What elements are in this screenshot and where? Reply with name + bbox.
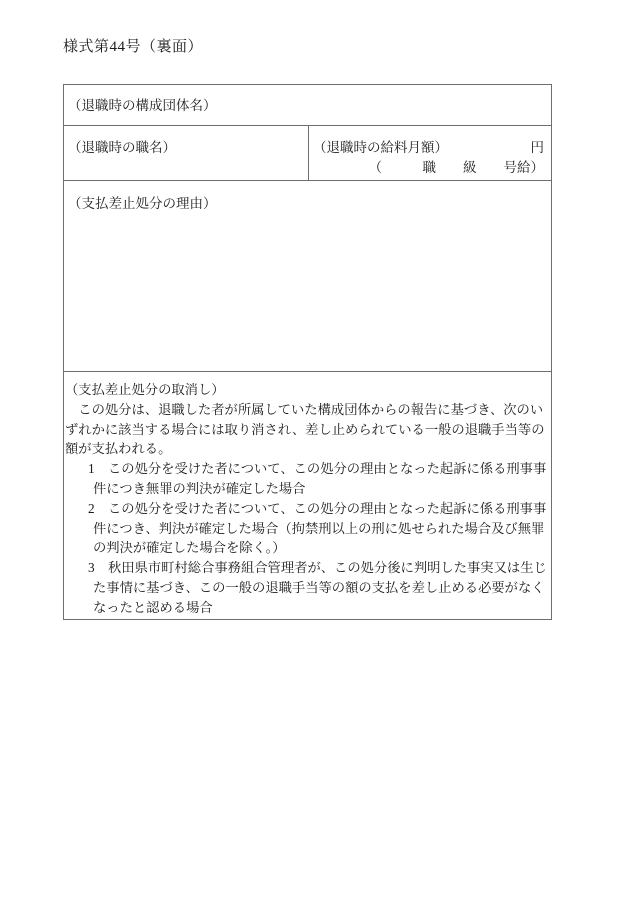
- cancellation-cell: （支払差止処分の取消し） この処分は、退職した者が所属していた構成団体からの報告…: [64, 372, 551, 619]
- cancellation-item-1: 1この処分を受けた者について、この処分の理由となった起訴に係る刑事事: [65, 459, 545, 479]
- reason-cell: （支払差止処分の理由）: [64, 181, 551, 372]
- item-line: た事情に基づき、この一般の退職手当等の額の支払を差し止める必要がなく: [65, 578, 545, 598]
- item-line: この処分を受けた者について、この処分の理由となった起訴に係る刑事事: [95, 501, 546, 516]
- item-line: 件につき、判決が確定した場合（拘禁刑以上の刑に処せられた場合及び無罪: [65, 519, 545, 539]
- item-number: 2: [88, 499, 95, 519]
- job-title-cell: （退職時の職名）: [64, 126, 309, 180]
- item-line: の判決が確定した場合を除く。）: [65, 538, 545, 558]
- job-salary-row: （退職時の職名） （退職時の給料月額） 円 （ 職 級 号給）: [64, 126, 551, 181]
- cancellation-label: （支払差止処分の取消し）: [65, 380, 545, 400]
- item-number: 3: [88, 558, 95, 578]
- org-name-label: （退職時の構成団体名）: [68, 98, 217, 113]
- form-table: （退職時の構成団体名） （退職時の職名） （退職時の給料月額） 円 （ 職 級 …: [63, 84, 552, 620]
- item-line: 秋田県市町村総合事務組合管理者が、この処分後に判明した事実又は生じ: [95, 560, 547, 575]
- cancellation-intro-line: ずれかに該当する場合には取り消され、差し止められている一般の退職手当等の: [65, 420, 545, 440]
- item-line: この処分を受けた者について、この処分の理由となった起訴に係る刑事事: [95, 461, 546, 476]
- cancellation-item-2: 2この処分を受けた者について、この処分の理由となった起訴に係る刑事事: [65, 499, 545, 519]
- reason-label: （支払差止処分の理由）: [68, 196, 217, 211]
- salary-cell: （退職時の給料月額） 円 （ 職 級 号給）: [309, 126, 551, 180]
- salary-grade-line: （ 職 級 号給）: [313, 158, 544, 178]
- item-line: なったと認める場合: [65, 598, 545, 618]
- form-number-title: 様式第44号（裏面）: [63, 38, 203, 56]
- org-name-cell: （退職時の構成団体名）: [64, 85, 551, 126]
- salary-label-line: （退職時の給料月額） 円: [313, 138, 544, 158]
- item-number: 1: [88, 459, 95, 479]
- document-page: 様式第44号（裏面） （退職時の構成団体名） （退職時の職名） （退職時の給料月…: [0, 0, 630, 903]
- cancellation-intro-line: 額が支払われる。: [65, 439, 545, 459]
- cancellation-item-3: 3秋田県市町村総合事務組合管理者が、この処分後に判明した事実又は生じ: [65, 558, 545, 578]
- cancellation-intro-line: この処分は、退職した者が所属していた構成団体からの報告に基づき、次のい: [65, 400, 545, 420]
- salary-unit-label: 円: [531, 138, 545, 158]
- item-line: 件につき無罪の判決が確定した場合: [65, 479, 545, 499]
- salary-label: （退職時の給料月額）: [313, 138, 448, 158]
- job-title-label: （退職時の職名）: [68, 140, 176, 155]
